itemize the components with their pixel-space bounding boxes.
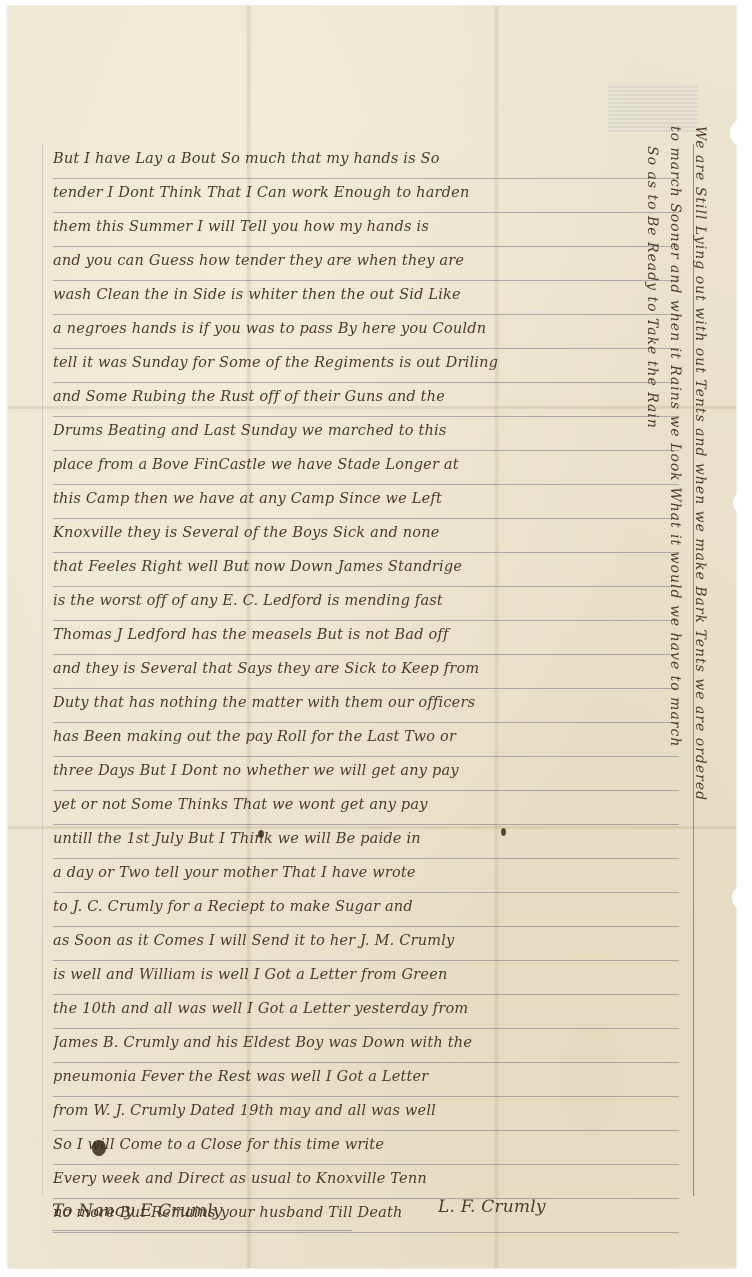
margin-note-column: to march Sooner and when it Rains we Loo… [667, 126, 683, 747]
letter-line: wash Clean the in Side is whiter then th… [53, 280, 679, 315]
addressee: To Nancy E Crumly [52, 1196, 352, 1231]
letter-line: is the worst off of any E. C. Ledford is… [53, 586, 679, 621]
letter-line: But I have Lay a Bout So much that my ha… [53, 144, 679, 179]
letter-line: place from a Bove FinCastle we have Stad… [53, 450, 679, 485]
letter-line: and you can Guess how tender they are wh… [53, 246, 679, 281]
letter-line: to J. C. Crumly for a Reciept to make Su… [53, 892, 679, 927]
ink-blot [258, 830, 264, 838]
letter-line: Drums Beating and Last Sunday we marched… [53, 416, 679, 451]
letter-line: a negroes hands is if you was to pass By… [53, 314, 679, 349]
signature: L. F. Crumly [438, 1192, 658, 1226]
letter-line: So I will Come to a Close for this time … [53, 1130, 679, 1165]
letter-line: three Days But I Dont no whether we will… [53, 756, 679, 791]
paper-tear [732, 886, 752, 910]
ruled-writing-area: But I have Lay a Bout So much that my ha… [42, 144, 694, 1196]
letter-line: them this Summer I will Tell you how my … [53, 212, 679, 247]
ink-blot [501, 828, 506, 836]
paper-tear [730, 120, 752, 146]
letter-line: that Feeles Right well But now Down Jame… [53, 552, 679, 587]
letter-line: yet or not Some Thinks That we wont get … [53, 790, 679, 825]
letter-line: tender I Dont Think That I Can work Enou… [53, 178, 679, 213]
letter-line: tell it was Sunday for Some of the Regim… [53, 348, 679, 383]
letter-line: the 10th and all was well I Got a Letter… [53, 994, 679, 1029]
letter-line: and Some Rubing the Rust off of their Gu… [53, 382, 679, 417]
letter-line: as Soon as it Comes I will Send it to he… [53, 926, 679, 961]
margin-note-column: So as to Be Ready to Take the Rain [644, 146, 660, 429]
letter-line: Duty that has nothing the matter with th… [53, 688, 679, 723]
letter-line: this Camp then we have at any Camp Since… [53, 484, 679, 519]
faded-stamp [608, 84, 698, 132]
letter-line: Thomas J Ledford has the measels But is … [53, 620, 679, 655]
letter-line: pneumonia Fever the Rest was well I Got … [53, 1062, 679, 1097]
ink-blot [92, 1140, 106, 1156]
letter-page: But I have Lay a Bout So much that my ha… [8, 6, 736, 1268]
letter-line: untill the 1st July But I Think we will … [53, 824, 679, 859]
letter-line: Knoxville they is Several of the Boys Si… [53, 518, 679, 553]
letter-line: is well and William is well I Got a Lett… [53, 960, 679, 995]
letter-line: a day or Two tell your mother That I hav… [53, 858, 679, 893]
letter-line: has Been making out the pay Roll for the… [53, 722, 679, 757]
letter-line: and they is Several that Says they are S… [53, 654, 679, 689]
letter-line: James B. Crumly and his Eldest Boy was D… [53, 1028, 679, 1063]
letter-line: from W. J. Crumly Dated 19th may and all… [53, 1096, 679, 1131]
paper-tear [733, 492, 752, 514]
margin-note-column: We are Still Lying out with out Tents an… [692, 126, 708, 801]
